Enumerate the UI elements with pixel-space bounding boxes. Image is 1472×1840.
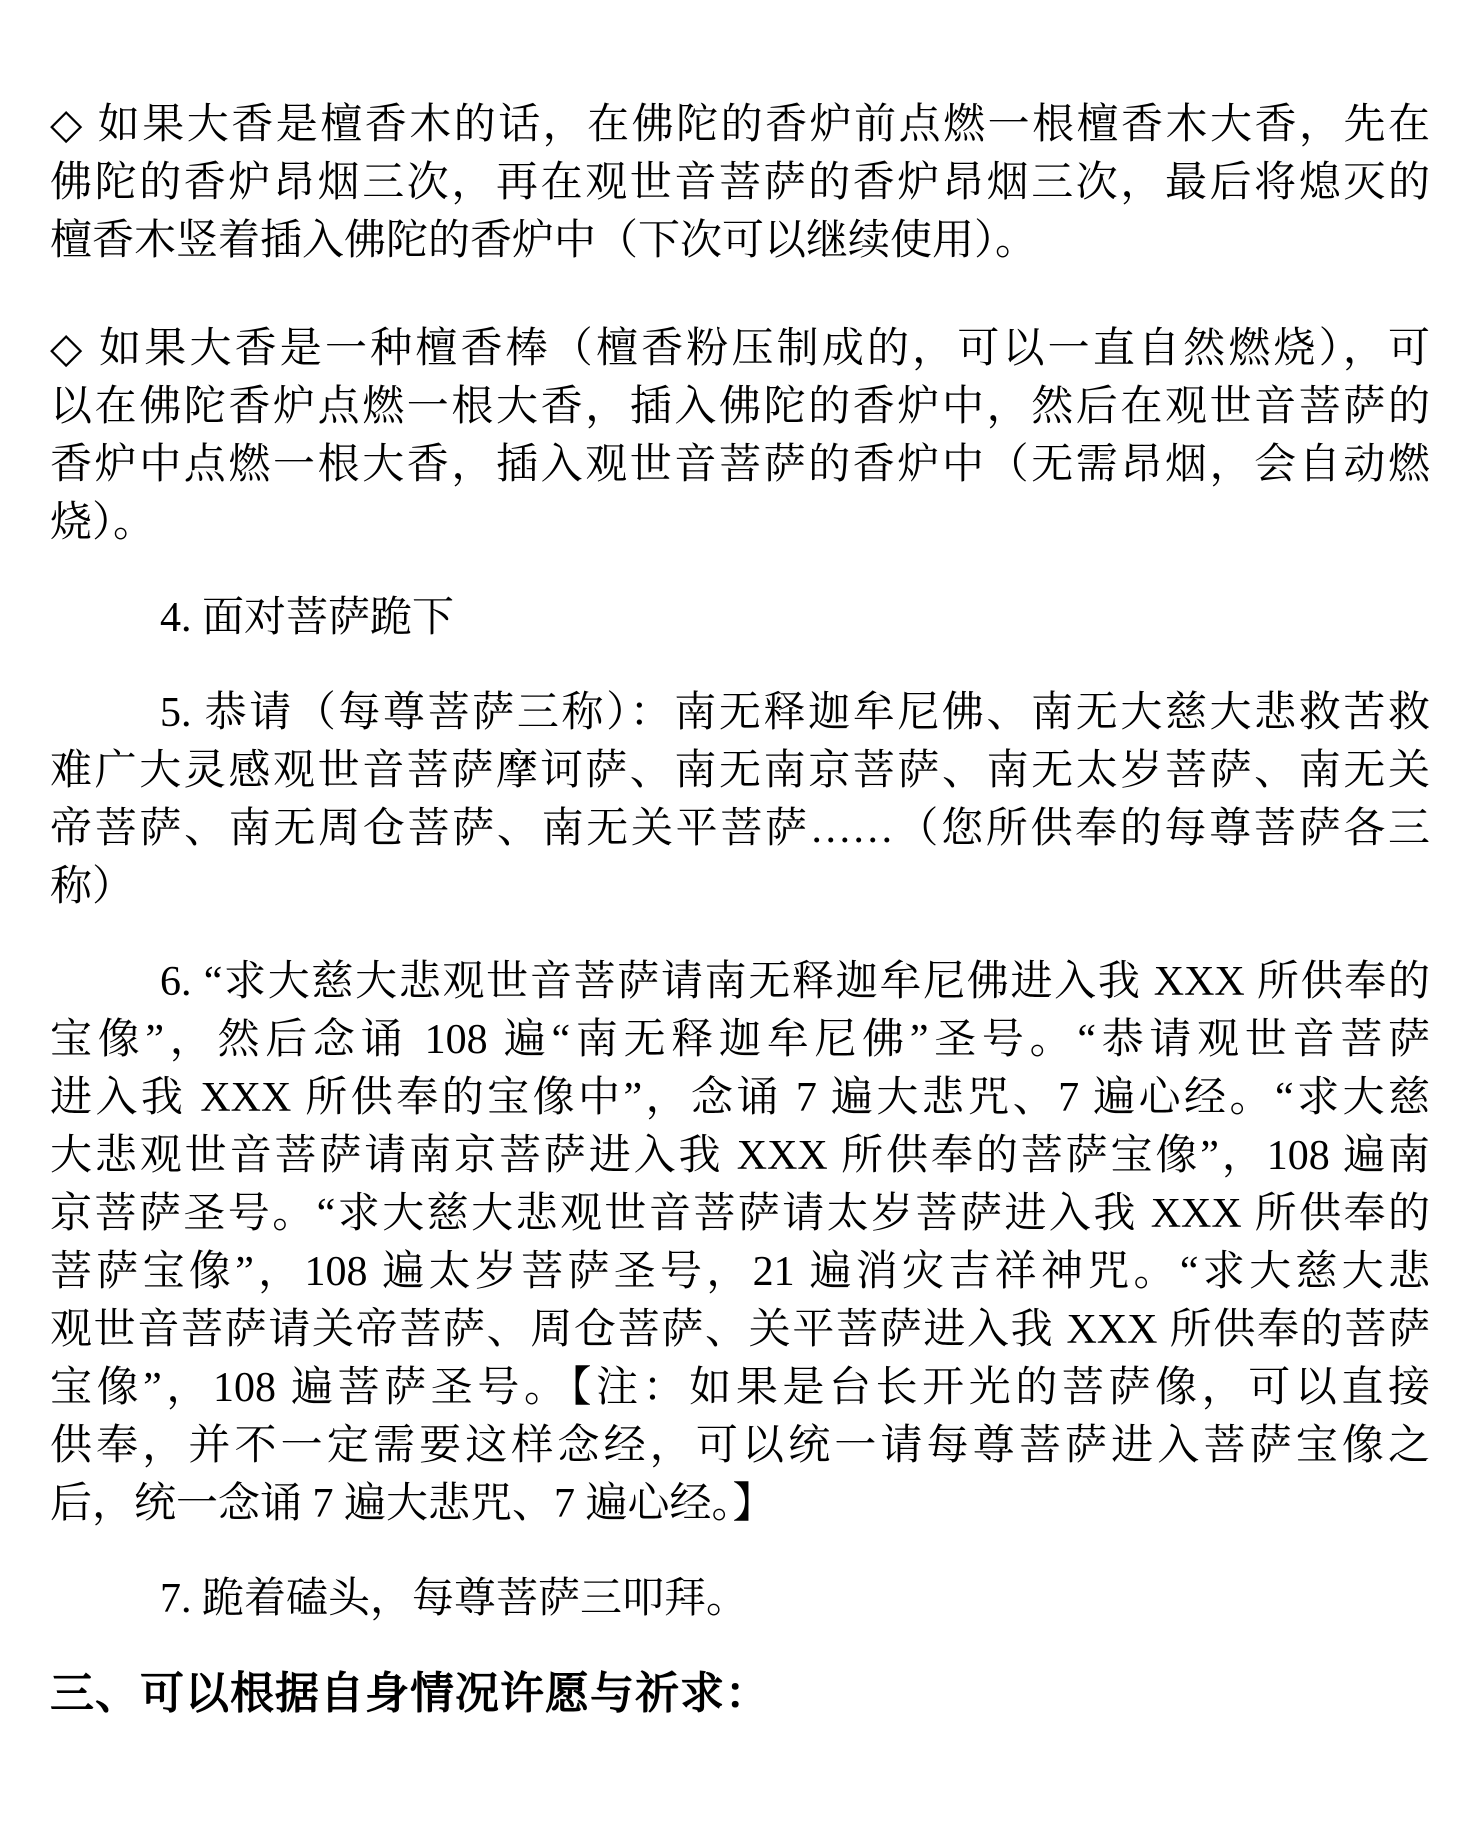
para-step-6-recitation: 6. “求大慈大悲观世音菩萨请南无释迦牟尼佛进入我 XXX 所供奉的宝像”，然后… — [50, 953, 1430, 1533]
heading-section-3-wishes: 三、可以根据自身情况许愿与祈求： — [50, 1665, 1430, 1723]
text-line: 4. 面对菩萨跪下 — [50, 589, 1430, 647]
para-step-7-kowtow: 7. 跪着磕头，每尊菩萨三叩拜。 — [50, 1570, 1430, 1628]
text-line: 宝像”，然后念诵 108 遍“南无释迦牟尼佛”圣号。“恭请观世音菩萨 — [50, 1011, 1430, 1069]
text-line: 难广大灵感观世音菩萨摩诃萨、南无南京菩萨、南无太岁菩萨、南无关 — [50, 742, 1430, 800]
para-sandalwood-log-instructions: ◇ 如果大香是檀香木的话，在佛陀的香炉前点燃一根檀香木大香，先在佛陀的香炉昂烟三… — [50, 96, 1430, 270]
para-step-5-invite: 5. 恭请（每尊菩萨三称）：南无释迦牟尼佛、南无大慈大悲救苦救难广大灵感观世音菩… — [50, 684, 1430, 916]
text-line: 称） — [50, 858, 1430, 916]
text-line: 檀香木竖着插入佛陀的香炉中（下次可以继续使用）。 — [50, 212, 1430, 270]
text-line: 菩萨宝像”，108 遍太岁菩萨圣号，21 遍消灾吉祥神咒。“求大慈大悲 — [50, 1243, 1430, 1301]
text-line: 6. “求大慈大悲观世音菩萨请南无释迦牟尼佛进入我 XXX 所供奉的 — [50, 953, 1430, 1011]
para-sandalwood-stick-instructions: ◇ 如果大香是一种檀香棒（檀香粉压制成的，可以一直自然燃烧），可以在佛陀香炉点燃… — [50, 320, 1430, 552]
text-line: 进入我 XXX 所供奉的宝像中”，念诵 7 遍大悲咒、7 遍心经。“求大慈 — [50, 1069, 1430, 1127]
text-line: 供奉，并不一定需要这样念经，可以统一请每尊菩萨进入菩萨宝像之 — [50, 1417, 1430, 1475]
text-line: 佛陀的香炉昂烟三次，再在观世音菩萨的香炉昂烟三次，最后将熄灭的 — [50, 154, 1430, 212]
text-line: 烧）。 — [50, 494, 1430, 552]
document-page: ◇ 如果大香是檀香木的话，在佛陀的香炉前点燃一根檀香木大香，先在佛陀的香炉昂烟三… — [0, 0, 1472, 1840]
text-line: 以在佛陀香炉点燃一根大香，插入佛陀的香炉中，然后在观世音菩萨的 — [50, 378, 1430, 436]
text-line: 观世音菩萨请关帝菩萨、周仓菩萨、关平菩萨进入我 XXX 所供奉的菩萨 — [50, 1301, 1430, 1359]
text-line: 帝菩萨、南无周仓菩萨、南无关平菩萨……（您所供奉的每尊菩萨各三 — [50, 800, 1430, 858]
text-line: 京菩萨圣号。“求大慈大悲观世音菩萨请太岁菩萨进入我 XXX 所供奉的 — [50, 1185, 1430, 1243]
text-line: 5. 恭请（每尊菩萨三称）：南无释迦牟尼佛、南无大慈大悲救苦救 — [50, 684, 1430, 742]
text-line: 大悲观世音菩萨请南京菩萨进入我 XXX 所供奉的菩萨宝像”，108 遍南 — [50, 1127, 1430, 1185]
text-line: 香炉中点燃一根大香，插入观世音菩萨的香炉中（无需昂烟，会自动燃 — [50, 436, 1430, 494]
text-line: ◇ 如果大香是檀香木的话，在佛陀的香炉前点燃一根檀香木大香，先在 — [50, 96, 1430, 154]
para-step-4-kneel: 4. 面对菩萨跪下 — [50, 589, 1430, 647]
text-line: ◇ 如果大香是一种檀香棒（檀香粉压制成的，可以一直自然燃烧），可 — [50, 320, 1430, 378]
text-line: 7. 跪着磕头，每尊菩萨三叩拜。 — [50, 1570, 1430, 1628]
text-line: 后，统一念诵 7 遍大悲咒、7 遍心经。】 — [50, 1475, 1430, 1533]
text-line: 宝像”，108 遍菩萨圣号。【注：如果是台长开光的菩萨像，可以直接 — [50, 1359, 1430, 1417]
text-line: 三、可以根据自身情况许愿与祈求： — [50, 1665, 1430, 1723]
